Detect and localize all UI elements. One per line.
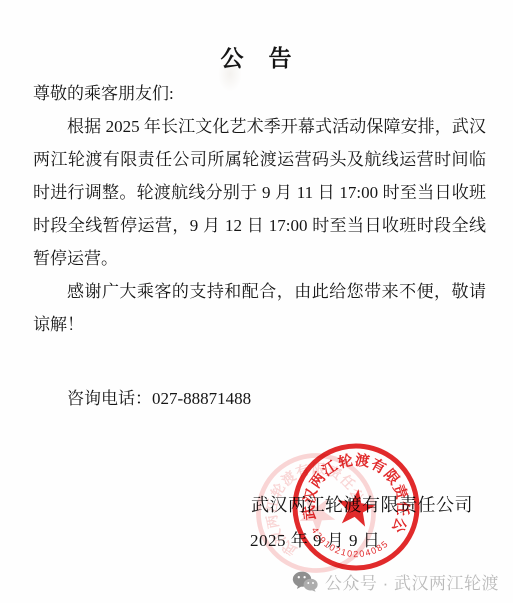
paragraph-schedule: 根据 2025 年长江文化艺术季开幕式活动保障安排，武汉两江轮渡有限责任公司所属… (33, 110, 486, 275)
salutation: 尊敬的乘客朋友们: (33, 77, 486, 110)
wechat-icon (292, 571, 318, 592)
paragraph-thanks: 感谢广大乘客的支持和配合，由此给您带来不便，敬请谅解！ (33, 275, 486, 341)
official-seal: 武汉两江轮渡有限责任公司 42910210204085 (277, 428, 435, 586)
wechat-account-label: 公众号 · 武汉两江轮渡 (325, 569, 499, 594)
seal-star-icon (335, 487, 378, 528)
notice-body: 尊敬的乘客朋友们: 根据 2025 年长江文化艺术季开幕式活动保障安排，武汉两江… (33, 77, 486, 341)
wechat-watermark: 公众号 · 武汉两江轮渡 (292, 569, 499, 594)
contact-phone: 咨询电话：027-88871488 (33, 384, 486, 409)
notice-title: 公 告 (0, 40, 513, 73)
